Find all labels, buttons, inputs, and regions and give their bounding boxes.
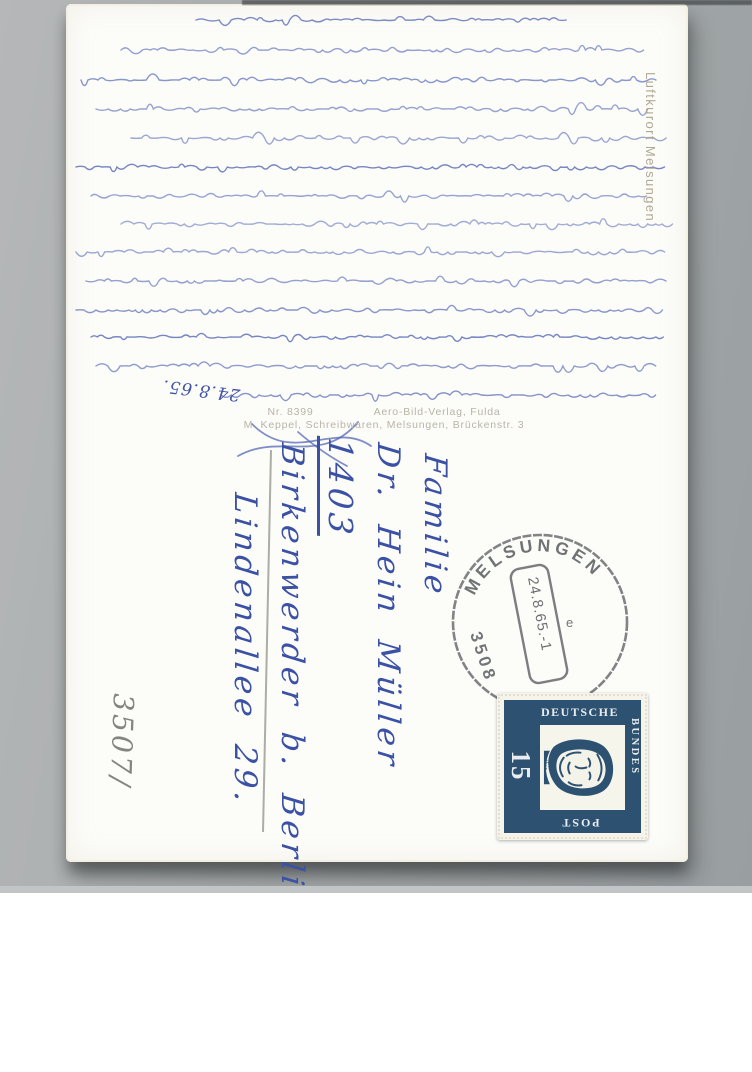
address-line-name: Dr. Hein Müller: [364, 441, 411, 855]
address-line-town: Birkenwerder b. Berlin: [268, 441, 315, 855]
address-line-street: Lindenallee 29.: [221, 491, 268, 855]
publisher-name: Aero-Bild-Verlag, Fulda: [374, 406, 501, 418]
postcard-caption: Luftkurort Melsungen: [643, 72, 658, 286]
page-surface: [0, 893, 752, 1072]
address-line-postcode: 1403: [315, 435, 364, 854]
message-line: [121, 45, 644, 54]
message-line: [96, 362, 656, 372]
message-line: [91, 333, 663, 341]
postmark-letter: e: [566, 615, 573, 630]
publisher-line-1: Nr. 8399Aero-Bild-Verlag, Fulda: [80, 406, 688, 419]
publisher-number: Nr. 8399: [267, 406, 313, 418]
publisher-imprint: Nr. 8399Aero-Bild-Verlag, Fulda M. Keppe…: [66, 406, 688, 432]
message-line: [131, 132, 666, 144]
message-line: [81, 74, 656, 86]
postcard-photo-backdrop: 24.8.65. Luftkurort Melsungen Nr. 8399Ae…: [0, 0, 752, 893]
postmark: MELSUNGEN 3508 24.8.65.-1 e: [440, 530, 640, 715]
stamp-frame: DEUTSCHE BUNDES POST 15: [504, 700, 641, 833]
pencil-postal-note: 3507/: [104, 693, 140, 790]
message-line: [86, 276, 666, 287]
message-line: [91, 191, 647, 202]
stamp-text-right: BUNDES: [629, 718, 640, 776]
postcode-underlined: 1403: [317, 436, 360, 541]
stamp-text-top: DEUTSCHE: [534, 705, 626, 720]
message-line: [76, 305, 662, 316]
stamp-text-bottom: POST: [534, 815, 626, 830]
message-line: [196, 15, 566, 25]
address-block: Familie Dr. Hein Müller 1403 Birkenwerde…: [221, 438, 458, 852]
message-line: [221, 391, 656, 401]
message-line: [76, 247, 665, 257]
postage-stamp: DEUTSCHE BUNDES POST 15: [497, 693, 648, 840]
publisher-line-2: M. Keppel, Schreibwaren, Melsungen, Brüc…: [80, 419, 688, 432]
photo-edge-strip: [242, 0, 752, 5]
luther-portrait-icon: Luther: [540, 725, 625, 810]
stamp-vignette: Luther: [540, 725, 625, 810]
postcard-back: 24.8.65. Luftkurort Melsungen Nr. 8399Ae…: [66, 4, 688, 862]
message-line: [121, 219, 673, 230]
message-line: [76, 164, 665, 172]
message-line: [96, 103, 648, 116]
stamp-portrait-name: Luther: [542, 753, 549, 771]
postmark-date: 24.8.65.-1: [524, 576, 554, 653]
handwritten-date: 24.8.65.: [161, 375, 241, 404]
